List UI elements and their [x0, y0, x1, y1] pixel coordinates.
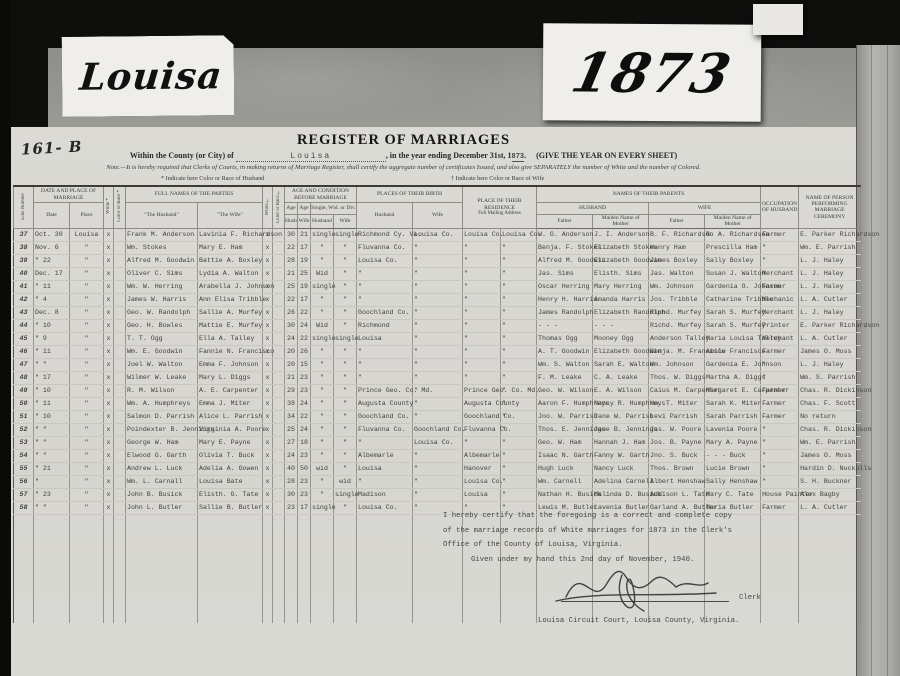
- cell: Elizabeth Randolph: [593, 306, 649, 319]
- cell: Thos. Brown: [649, 462, 705, 475]
- cell: Andrew L. Luck: [126, 462, 198, 475]
- cell: [198, 599, 263, 611]
- header-date-place-group: DATE AND PLACE OF MARRIAGE: [34, 186, 104, 203]
- cell: [114, 293, 126, 306]
- cell: [357, 527, 413, 539]
- cell: James Randolph: [537, 306, 593, 319]
- cell: ": [463, 241, 501, 254]
- table-row: 48" 17"xWilmer W. LeakeMary L. Diggsx212…: [14, 371, 861, 384]
- cell: Mary E. Ham: [198, 241, 263, 254]
- cell: ": [501, 462, 537, 475]
- cell: [357, 575, 413, 587]
- cell: Fanny W. Garth: [593, 449, 649, 462]
- cell: [311, 563, 334, 575]
- cell: ": [334, 293, 357, 306]
- cell: 17: [298, 501, 311, 514]
- cell: ": [413, 241, 463, 254]
- cell: [311, 587, 334, 599]
- line-number-cell: 56: [14, 475, 34, 488]
- cell: ": [357, 293, 413, 306]
- cell: ": [501, 306, 537, 319]
- cell: [104, 514, 114, 527]
- cell: ": [70, 345, 104, 358]
- cell: ": [70, 358, 104, 371]
- cell: B. A. Richardson: [705, 228, 761, 241]
- cell: [273, 539, 285, 551]
- cell: x: [263, 267, 273, 280]
- cell: Thomas Ogg: [537, 332, 593, 345]
- cell: [285, 587, 298, 599]
- table-row: 40Dec. 17"xOliver C. SimsLydia A. Walton…: [14, 267, 861, 280]
- table-row: 37Oct. 30LouisaxFrank M. AndersonLavinia…: [14, 228, 861, 241]
- cell: ": [463, 306, 501, 319]
- cell: [70, 575, 104, 587]
- cell: Augusta County: [463, 397, 501, 410]
- cell: Gardenia O. Johnson: [705, 280, 761, 293]
- cell: Fannie N. Francisco: [198, 345, 263, 358]
- cell: ": [334, 280, 357, 293]
- cell: Elwood G. Garth: [126, 449, 198, 462]
- cell: " 10: [34, 384, 70, 397]
- cell: L. J. Haley: [799, 267, 861, 280]
- cell: [357, 551, 413, 563]
- cell: [273, 436, 285, 449]
- cell: [311, 527, 334, 539]
- cell: C. A. Leake: [593, 371, 649, 384]
- cell: Wm. Johnson: [649, 280, 705, 293]
- table-row: 43Dec. 8"xGeo. W. RandolphSallie A. Murf…: [14, 306, 861, 319]
- header-wife-abbr: Wife: [298, 215, 311, 229]
- table-row: 55" 21"xAndrew L. LuckAdelia A. Gowenx40…: [14, 462, 861, 475]
- cell: ": [311, 488, 334, 501]
- cell: x: [263, 501, 273, 514]
- cell: x: [263, 241, 273, 254]
- cell: Wilmer W. Leake: [126, 371, 198, 384]
- cell: Elizabeth Stokes: [593, 241, 649, 254]
- cell: Mary E. Payne: [198, 436, 263, 449]
- cell: ": [70, 280, 104, 293]
- cell: [104, 563, 114, 575]
- cell: [34, 527, 70, 539]
- cell: [114, 575, 126, 587]
- county-line-period: .: [524, 151, 526, 160]
- cell: [126, 539, 198, 551]
- cell: ": [413, 371, 463, 384]
- cell: x: [263, 488, 273, 501]
- cell: [114, 410, 126, 423]
- cell: [104, 551, 114, 563]
- header-wife-name: "The Wife": [198, 203, 263, 229]
- year-label: 1873: [566, 40, 738, 105]
- cell: 17: [298, 241, 311, 254]
- cell: Maria Louisa Talley: [705, 332, 761, 345]
- cell: [198, 575, 263, 587]
- cell: x: [263, 449, 273, 462]
- cell: Catharine Tribble: [705, 293, 761, 306]
- cell: 29: [285, 384, 298, 397]
- cell: Emma J. Miter: [198, 397, 263, 410]
- cell: [334, 563, 357, 575]
- cell: Nancy R. Humphreys: [593, 397, 649, 410]
- header-race-husband: Color or Race *: [114, 186, 126, 228]
- cell: [273, 306, 285, 319]
- cell: Louisa Co.: [463, 475, 501, 488]
- cell: [34, 599, 70, 611]
- cell: [114, 280, 126, 293]
- cell: x: [104, 280, 114, 293]
- cell: 22: [298, 410, 311, 423]
- cell: Lavinia F. Richardson: [198, 228, 263, 241]
- cell: Richd. Murfey: [649, 306, 705, 319]
- cell: single: [334, 228, 357, 241]
- cell: ": [501, 345, 537, 358]
- cell: 21: [298, 228, 311, 241]
- cell: Farmer: [761, 410, 799, 423]
- cell: [114, 488, 126, 501]
- cell: 24: [298, 397, 311, 410]
- cell: ": [70, 293, 104, 306]
- header-birth-wife: Wife: [413, 203, 463, 229]
- cell: 28: [285, 254, 298, 267]
- cell: R. M. Wilson: [126, 384, 198, 397]
- cell: x: [263, 254, 273, 267]
- cell: 28: [285, 475, 298, 488]
- cell: Benja. F. Stokes: [537, 241, 593, 254]
- cell: E. A. Wilson: [593, 384, 649, 397]
- cell: ": [334, 358, 357, 371]
- cell: A. E. Carpenter: [198, 384, 263, 397]
- cell: 24: [298, 319, 311, 332]
- cell: Hannah J. Ham: [593, 436, 649, 449]
- cell: [273, 423, 285, 436]
- cell: [198, 611, 263, 623]
- cell: ": [334, 319, 357, 332]
- header-place: Place: [70, 203, 104, 229]
- cell: 21: [285, 371, 298, 384]
- cell: [334, 514, 357, 527]
- cell: [114, 527, 126, 539]
- cell: x: [104, 501, 114, 514]
- cell: ": [501, 358, 537, 371]
- cell: Albemarle: [357, 449, 413, 462]
- cell: Elizabeth Goodwin: [593, 345, 649, 358]
- cell: [334, 587, 357, 599]
- line-number-cell: 41: [14, 280, 34, 293]
- cell: Jos. Tribble: [649, 293, 705, 306]
- film-background: Louisa 1873: [0, 0, 900, 127]
- cell: ": [70, 475, 104, 488]
- cell: Aaron F. Humphreys: [537, 397, 593, 410]
- cell: Chas. F. Scott: [799, 397, 861, 410]
- cell: x: [104, 371, 114, 384]
- cell: ": [501, 475, 537, 488]
- cell: James W. Harris: [126, 293, 198, 306]
- cell: Sarah S. Murfey: [705, 306, 761, 319]
- cell: Joel W. Walton: [126, 358, 198, 371]
- cell: Sallie A. Murfey: [198, 306, 263, 319]
- cell: Isaac N. Garth: [537, 449, 593, 462]
- cell: Farmer: [761, 397, 799, 410]
- cell: [114, 267, 126, 280]
- cell: ": [70, 462, 104, 475]
- give-year-notice: (GIVE THE YEAR ON EVERY SHEET): [536, 151, 677, 160]
- cell: [311, 514, 334, 527]
- cell: Oct. 30: [34, 228, 70, 241]
- cell: " ": [34, 358, 70, 371]
- cell: x: [104, 306, 114, 319]
- cell: Sallie B. Butler: [198, 501, 263, 514]
- cell: x: [104, 228, 114, 241]
- cell: [273, 475, 285, 488]
- cell: ": [311, 475, 334, 488]
- cell: [263, 563, 273, 575]
- cell: Frank M. Anderson: [126, 228, 198, 241]
- cell: ": [463, 436, 501, 449]
- cell: Louisa Bate: [198, 475, 263, 488]
- cell: Thos. E. Jennings: [537, 423, 593, 436]
- table-row: 38Nov. 6"xWm. StokesMary E. Hamx2217""Fl…: [14, 241, 861, 254]
- cell: Chas. R. Dickinson: [799, 423, 861, 436]
- cell: x: [104, 397, 114, 410]
- cell: [114, 514, 126, 527]
- header-mother-husband: Maiden Name of Mother: [593, 215, 649, 229]
- cell: ": [463, 319, 501, 332]
- cell: S. H. Buckner: [799, 475, 861, 488]
- cell: [104, 575, 114, 587]
- cell: 27: [285, 436, 298, 449]
- cell: [34, 575, 70, 587]
- cell: x: [263, 371, 273, 384]
- cell: Ella A. Talley: [198, 332, 263, 345]
- cell: x: [263, 436, 273, 449]
- cell: [114, 397, 126, 410]
- header-single-wid-div: Single, Wid. or Div.: [311, 203, 357, 215]
- cell: Farmer: [761, 384, 799, 397]
- cell: [298, 527, 311, 539]
- cell: Alfred M. Goodwin: [126, 254, 198, 267]
- county-line-middle: , in the year ending December 31st, 1: [386, 151, 512, 160]
- cell: Goochland Co.: [357, 410, 413, 423]
- cell: " ": [34, 436, 70, 449]
- cell: ": [413, 293, 463, 306]
- cell: x: [263, 332, 273, 345]
- cell: ": [70, 306, 104, 319]
- cell: wid: [311, 462, 334, 475]
- cell: [285, 551, 298, 563]
- cell: ": [334, 501, 357, 514]
- cell: 23: [298, 488, 311, 501]
- cell: x: [263, 410, 273, 423]
- cell: x: [104, 293, 114, 306]
- cell: Nathan H. Busick: [537, 488, 593, 501]
- cell: single: [334, 332, 357, 345]
- cell: Nancy Luck: [593, 462, 649, 475]
- cell: 25: [298, 267, 311, 280]
- cell: ": [334, 254, 357, 267]
- cell: [114, 599, 126, 611]
- cell: ": [413, 306, 463, 319]
- cell: Farmer: [761, 345, 799, 358]
- cell: ": [413, 475, 463, 488]
- cell: ": [357, 280, 413, 293]
- cell: [334, 527, 357, 539]
- cell: 20: [285, 345, 298, 358]
- table-row: 41" 11"xWm. W. HerringArabella J. Johnso…: [14, 280, 861, 293]
- cell: Wm. E. Parrish: [799, 436, 861, 449]
- cell: Lavenia Poore: [705, 423, 761, 436]
- cell: ": [357, 345, 413, 358]
- cell: 22: [285, 241, 298, 254]
- cell: " ": [34, 501, 70, 514]
- cell: Benja. M. Francisco: [649, 345, 705, 358]
- cell: John L. Butler: [126, 501, 198, 514]
- county-fill-value: Louisa: [236, 152, 386, 162]
- cell: Fluvanna Co.: [463, 423, 501, 436]
- line-number-cell: 48: [14, 371, 34, 384]
- cell: ": [334, 410, 357, 423]
- cell: Hanover: [463, 462, 501, 475]
- cell: 24: [285, 449, 298, 462]
- cell: ": [311, 358, 334, 371]
- cell: ": [463, 254, 501, 267]
- cell: Jas. Walton: [649, 267, 705, 280]
- cell: x: [104, 254, 114, 267]
- header-husb-abbr: Husb.: [285, 215, 298, 229]
- cell: Ann Elisa Tribble: [198, 293, 263, 306]
- cell: [285, 611, 298, 623]
- cell: [298, 599, 311, 611]
- certification-line: I hereby certify that the foregoing is a…: [443, 509, 838, 524]
- cell: ": [311, 436, 334, 449]
- cell: Chas. R. Dickinson: [799, 384, 861, 397]
- cell: W. G. Anderson: [537, 228, 593, 241]
- cell: [114, 539, 126, 551]
- cell: Louisa Co.: [357, 501, 413, 514]
- cell: x: [263, 462, 273, 475]
- cell: Lucie Brown: [705, 462, 761, 475]
- cell: [273, 599, 285, 611]
- table-row: 56""xWm. L. CarnallLouisa Batex2823"wid"…: [14, 475, 861, 488]
- cell: [273, 488, 285, 501]
- header-performer: NAME OF PERSON PERFORMING MARRIAGE CEREM…: [799, 186, 861, 228]
- cell: Jno. W. Parrish: [537, 410, 593, 423]
- cell: Addison L. Tate: [649, 488, 705, 501]
- cell: Poindexter B. Jennings: [126, 423, 198, 436]
- cell: Albemarle: [463, 449, 501, 462]
- cell: Louisa: [357, 462, 413, 475]
- cell: " ": [34, 423, 70, 436]
- cell: [126, 563, 198, 575]
- header-birth-husband: Husband: [357, 203, 413, 229]
- cell: [114, 306, 126, 319]
- cell: " 22: [34, 254, 70, 267]
- cell: [273, 371, 285, 384]
- line-number-cell: 37: [14, 228, 34, 241]
- cell: ": [501, 267, 537, 280]
- cell: 38: [285, 397, 298, 410]
- cell: [114, 345, 126, 358]
- cell: Sally Henshaw: [705, 475, 761, 488]
- cell: Louisa Co.: [413, 228, 463, 241]
- cell: [70, 611, 104, 623]
- cell: [114, 423, 126, 436]
- cell: 21: [285, 267, 298, 280]
- film-scratch-line: [887, 45, 888, 676]
- cell: Dec. 17: [34, 267, 70, 280]
- cell: 30: [285, 228, 298, 241]
- cell: x: [104, 475, 114, 488]
- cell: [357, 514, 413, 527]
- cell: ": [413, 358, 463, 371]
- cell: Louisa: [357, 332, 413, 345]
- cell: [114, 371, 126, 384]
- cell: [273, 514, 285, 527]
- cell: [34, 514, 70, 527]
- cell: ": [761, 423, 799, 436]
- cell: [198, 514, 263, 527]
- header-date: Date: [34, 203, 70, 229]
- cell: [198, 551, 263, 563]
- cell: 50: [298, 462, 311, 475]
- cell: ": [311, 254, 334, 267]
- cell: [273, 575, 285, 587]
- cell: x: [104, 358, 114, 371]
- page-title: REGISTER OF MARRIAGES: [11, 132, 796, 149]
- cell: ": [463, 358, 501, 371]
- cell: [273, 611, 285, 623]
- certification-block: I hereby certify that the foregoing is a…: [443, 509, 838, 626]
- cell: Arabella J. Johnson: [198, 280, 263, 293]
- cell: single: [311, 228, 334, 241]
- cell: ": [501, 280, 537, 293]
- cell: Adelina Carnell: [593, 475, 649, 488]
- cell: [357, 563, 413, 575]
- table-row: 57" 23"xJohn B. BusickElisth. G. Tatex30…: [14, 488, 861, 501]
- line-number-cell: 57: [14, 488, 34, 501]
- cell: x: [104, 384, 114, 397]
- cell: Emma F. Johnson: [198, 358, 263, 371]
- table-row: 54" ""xElwood G. GarthOlivia T. Buckx242…: [14, 449, 861, 462]
- cell: x: [104, 488, 114, 501]
- cell: Battie A. Boxley: [198, 254, 263, 267]
- cell: [273, 332, 285, 345]
- header-residence: PLACE OF THEIR RESIDENCE Full Mailing Ad…: [463, 186, 537, 228]
- line-number-cell: 45: [14, 332, 34, 345]
- cell: ": [413, 488, 463, 501]
- cell: Prince Geo. Co. Md.: [357, 384, 413, 397]
- table-row: 45" 9"xT. T. OggElla A. Talleyx2422singl…: [14, 332, 861, 345]
- cell: ": [463, 371, 501, 384]
- cell: Jos. B. Payne: [649, 436, 705, 449]
- cell: x: [263, 358, 273, 371]
- cell: ": [357, 267, 413, 280]
- cell: 30: [285, 488, 298, 501]
- county-line: Within the County (or City) of Louisa, i…: [11, 151, 796, 162]
- cell: [114, 611, 126, 623]
- cell: Mattie E. Murfey: [198, 319, 263, 332]
- cell: 24: [298, 423, 311, 436]
- cell: [70, 551, 104, 563]
- cell: ": [70, 371, 104, 384]
- cell: [273, 397, 285, 410]
- cell: James O. Moss: [799, 345, 861, 358]
- header-parents-wife: WIFE: [649, 203, 761, 215]
- cell: Hugh Luck: [537, 462, 593, 475]
- cell: 26: [285, 306, 298, 319]
- cell: x: [104, 449, 114, 462]
- cell: Henry Ham: [649, 241, 705, 254]
- certification-line: of the marriage records of White marriag…: [443, 524, 838, 539]
